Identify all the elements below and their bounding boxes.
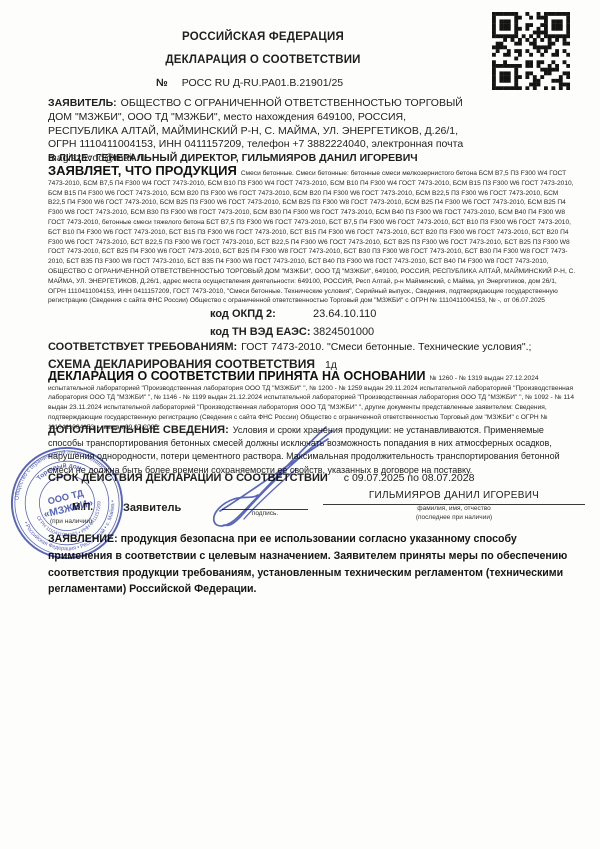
validity-value: с 09.07.2025 по 08.07.2028 [344, 472, 475, 484]
stamp-place-label: М.П. [72, 502, 93, 513]
applicant-label: ЗАЯВИТЕЛЬ: [48, 97, 117, 109]
fio-name: ГИЛЬМИЯРОВ ДАНИЛ ИГОРЕВИЧ [323, 490, 585, 505]
declaration-number: РОСС RU Д-RU.РА01.В.21901/25 [182, 77, 343, 89]
declaration-number-line: №РОСС RU Д-RU.РА01.В.21901/25 [156, 77, 343, 89]
additional-label: ДОПОЛНИТЕЛЬНЫЕ СВЕДЕНИЯ: [48, 424, 229, 436]
declares-label: ЗАЯВЛЯЕТ, ЧТО ПРОДУКЦИЯ [48, 163, 237, 178]
okpd-value: 23.64.10.110 [313, 308, 376, 320]
basis-text: № 1260 - № 1319 выдан 27.12.2024 испытат… [48, 375, 574, 431]
signature-caption: подпись. [222, 510, 308, 519]
tnved-label: код ТН ВЭД ЕАЭС: [210, 324, 313, 342]
validity-label: СРОК ДЕЙСТВИЯ ДЕКЛАРАЦИИ О СООТВЕТСТВИИ [48, 472, 328, 484]
stamp-place-note: (при наличии) [50, 518, 92, 525]
fio-caption-2: (последнее при наличии) [323, 514, 585, 523]
safety-statement-paragraph: ЗАЯВЛЕНИЕ: продукция безопасна при ее ис… [48, 531, 570, 598]
product-declaration-paragraph: ЗАЯВЛЯЕТ, ЧТО ПРОДУКЦИЯСмеси бетонные. С… [48, 166, 576, 306]
fio-caption-1: фамилия, имя, отчество [323, 505, 585, 514]
signature-line [222, 490, 308, 510]
declares-text: Смеси бетонные. Смеси бетонные: бетонные… [48, 170, 575, 304]
fio-field: ГИЛЬМИЯРОВ ДАНИЛ ИГОРЕВИЧ фамилия, имя, … [323, 490, 585, 522]
codes-block: код ОКПД 2:23.64.10.110 код ТН ВЭД ЕАЭС:… [210, 306, 376, 341]
signature-field: подпись. [222, 490, 308, 519]
conforms-text: ГОСТ 7473-2010. "Смеси бетонные. Техниче… [241, 341, 531, 353]
declaration-document-page: РОССИЙСКАЯ ФЕДЕРАЦИЯ ДЕКЛАРАЦИЯ О СООТВЕ… [0, 0, 600, 849]
number-sign: № [156, 77, 168, 89]
additional-info-paragraph: ДОПОЛНИТЕЛЬНЫЕ СВЕДЕНИЯ:Условия и сроки … [48, 424, 576, 477]
statement-text: продукция безопасна при ее использовании… [48, 533, 567, 595]
conforms-label: СООТВЕТСТВУЕТ ТРЕБОВАНИЯМ: [48, 341, 237, 353]
tnved-row: код ТН ВЭД ЕАЭС:3824501000 [210, 324, 376, 342]
applicant-role-label: Заявитель [123, 502, 181, 514]
document-title: ДЕКЛАРАЦИЯ О СООТВЕТСТВИИ [48, 54, 478, 66]
conformity-requirements-line: СООТВЕТСТВУЕТ ТРЕБОВАНИЯМ:ГОСТ 7473-2010… [48, 341, 576, 353]
header-country: РОССИЙСКАЯ ФЕДЕРАЦИЯ [48, 31, 478, 43]
statement-label: ЗАЯВЛЕНИЕ: [48, 533, 118, 545]
basis-label: ДЕКЛАРАЦИЯ О СООТВЕТСТВИИ ПРИНЯТА НА ОСН… [48, 369, 425, 383]
validity-period-line: СРОК ДЕЙСТВИЯ ДЕКЛАРАЦИИ О СООТВЕТСТВИИс… [48, 472, 474, 484]
okpd-row: код ОКПД 2:23.64.10.110 [210, 306, 376, 324]
tnved-value: 3824501000 [313, 326, 374, 338]
qr-code-icon [492, 12, 570, 90]
okpd-label: код ОКПД 2: [210, 306, 313, 324]
